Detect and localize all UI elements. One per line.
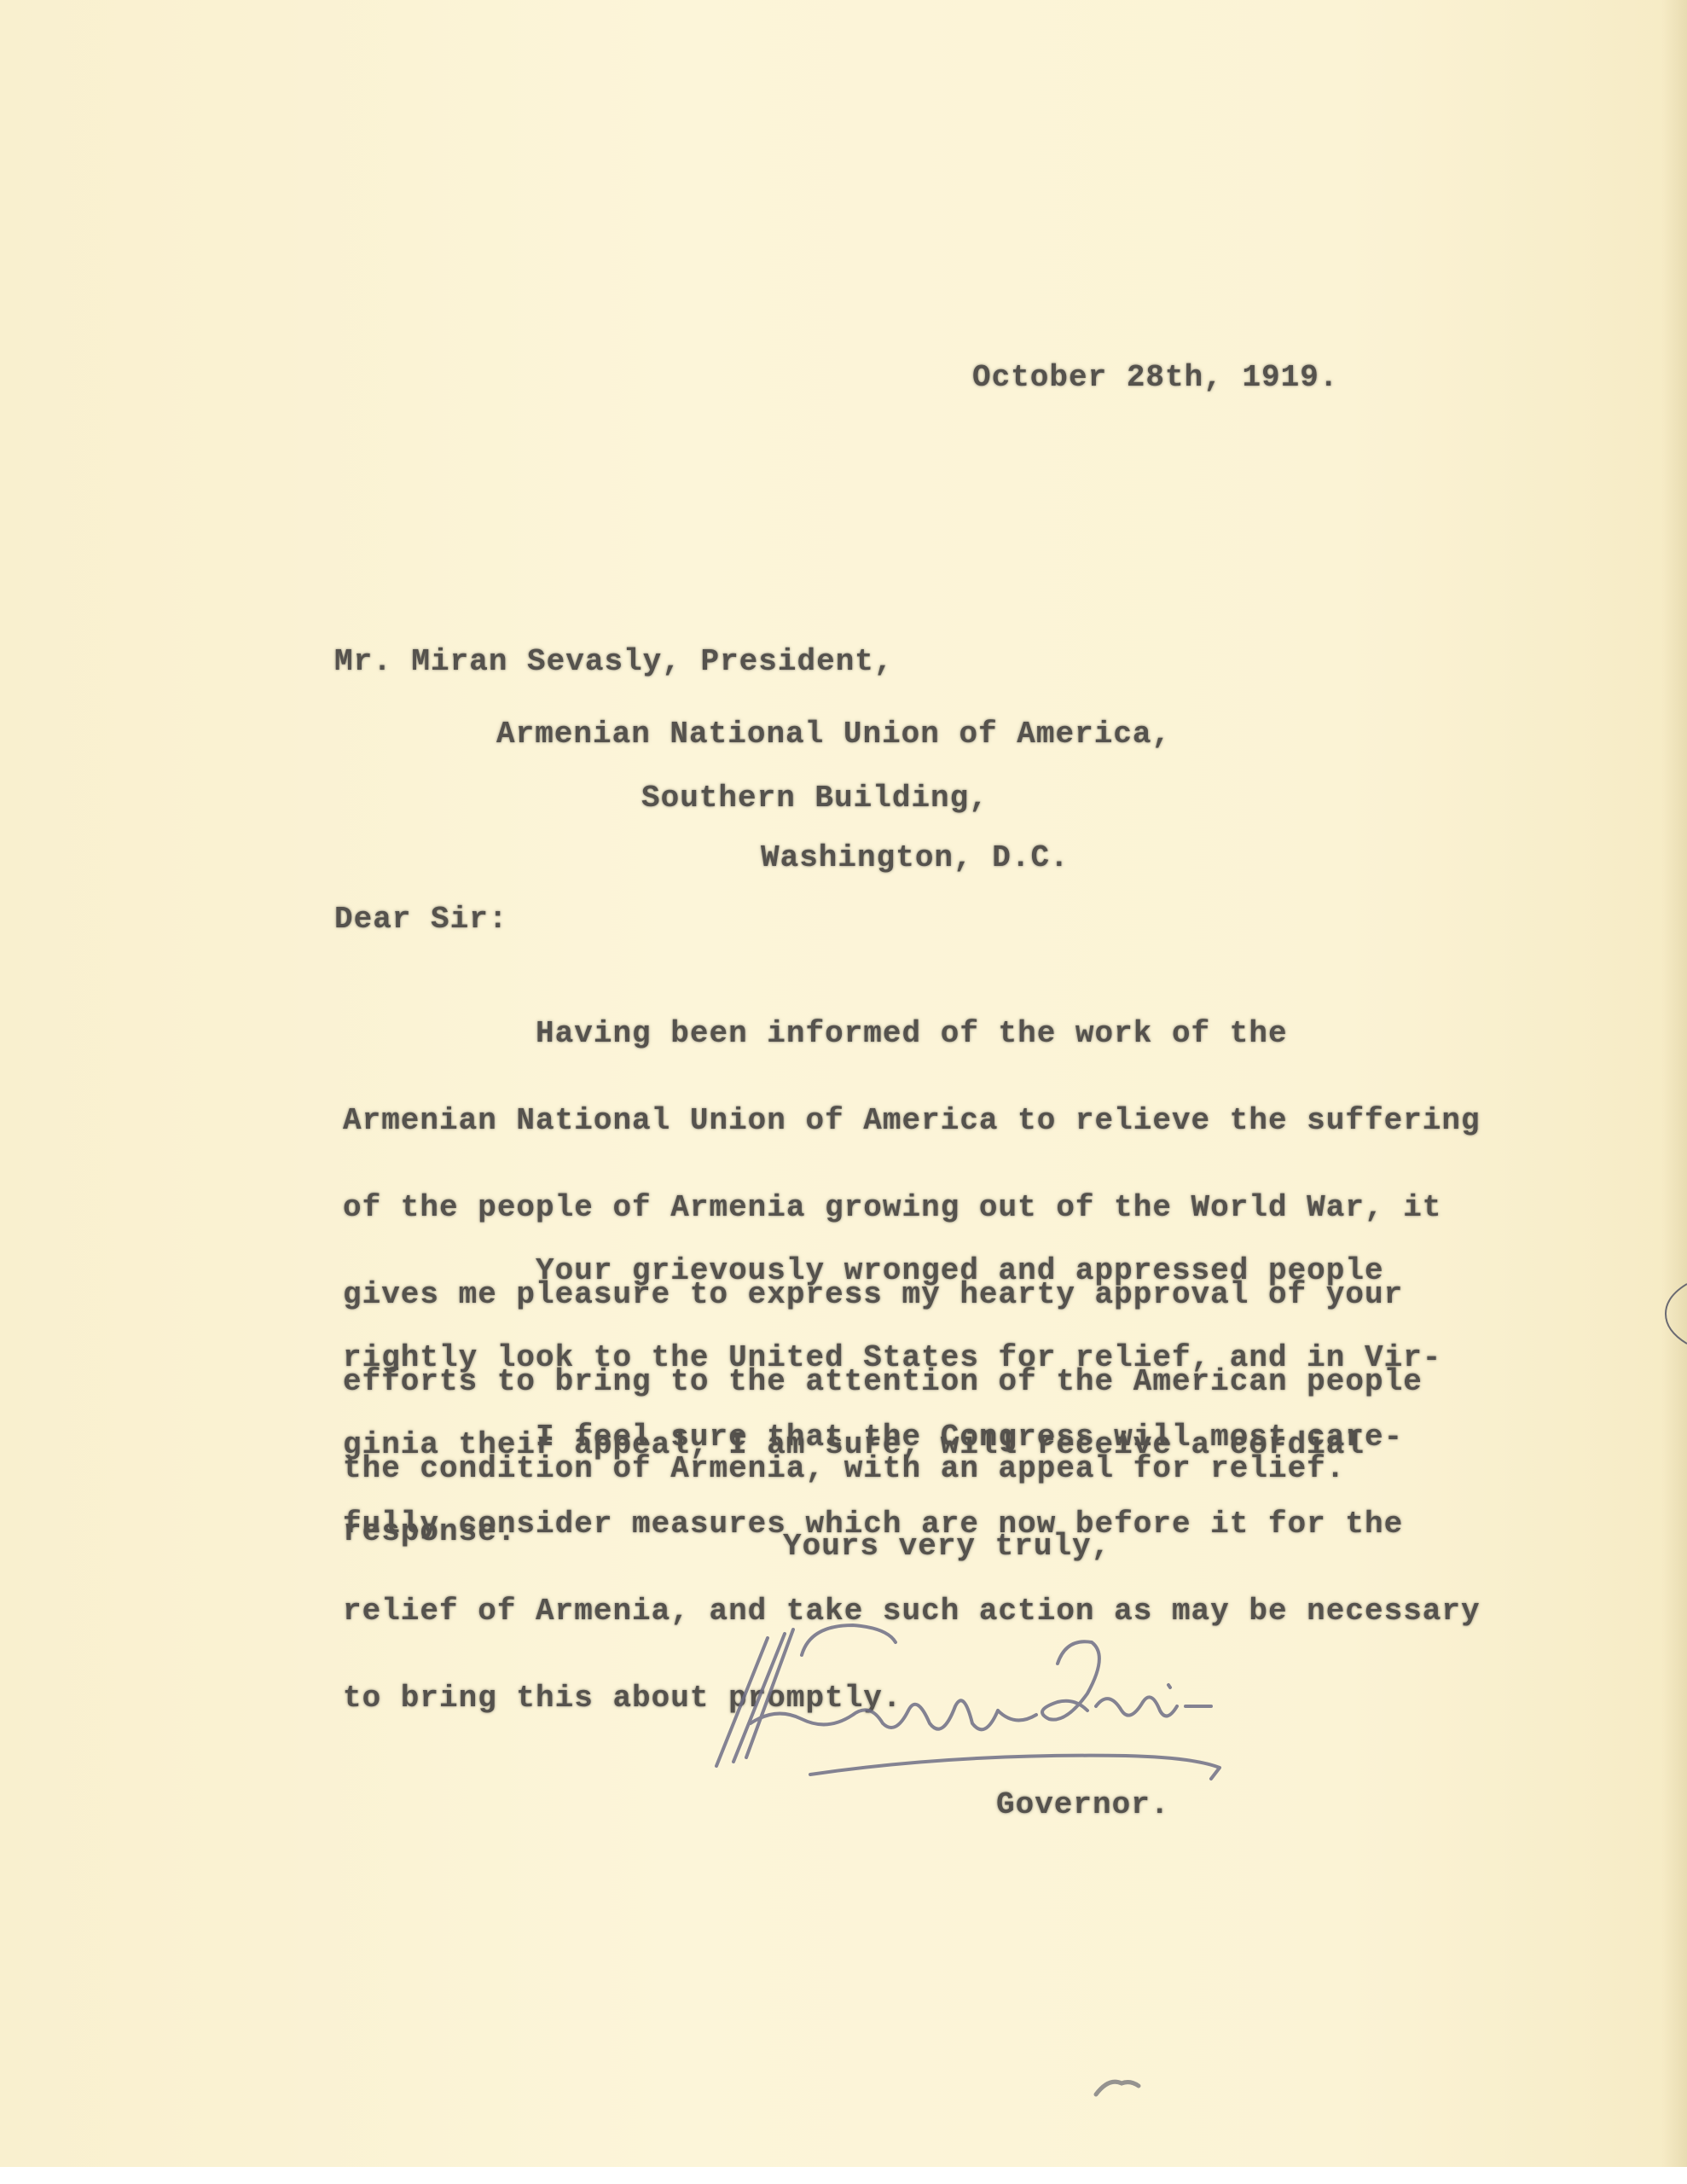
closing: Yours very truly, — [783, 1529, 1110, 1564]
scan-bottom-edge — [0, 2167, 1687, 2184]
recipient-city: Washington, D.C. — [761, 840, 1070, 875]
paragraph-line: I feel sure that the Congress will most … — [343, 1423, 1481, 1452]
punch-hole-mark — [1661, 1280, 1687, 1348]
ink-smudge — [1092, 2073, 1143, 2099]
signature — [699, 1604, 1518, 1792]
paragraph-line: Armenian National Union of America to re… — [343, 1107, 1481, 1136]
signer-title: Governor. — [996, 1787, 1169, 1822]
recipient-organization: Armenian National Union of America, — [496, 717, 1171, 752]
recipient-name: Mr. Miran Sevasly, President, — [334, 644, 894, 679]
recipient-building: Southern Building, — [641, 781, 988, 816]
paper-edge-shadow — [1661, 0, 1687, 2167]
paragraph-line: Having been informed of the work of the — [343, 1019, 1481, 1048]
letter-date: October 28th, 1919. — [972, 360, 1338, 395]
salutation: Dear Sir: — [334, 902, 507, 937]
paragraph-line: Your grievously wronged and appressed pe… — [343, 1257, 1441, 1286]
